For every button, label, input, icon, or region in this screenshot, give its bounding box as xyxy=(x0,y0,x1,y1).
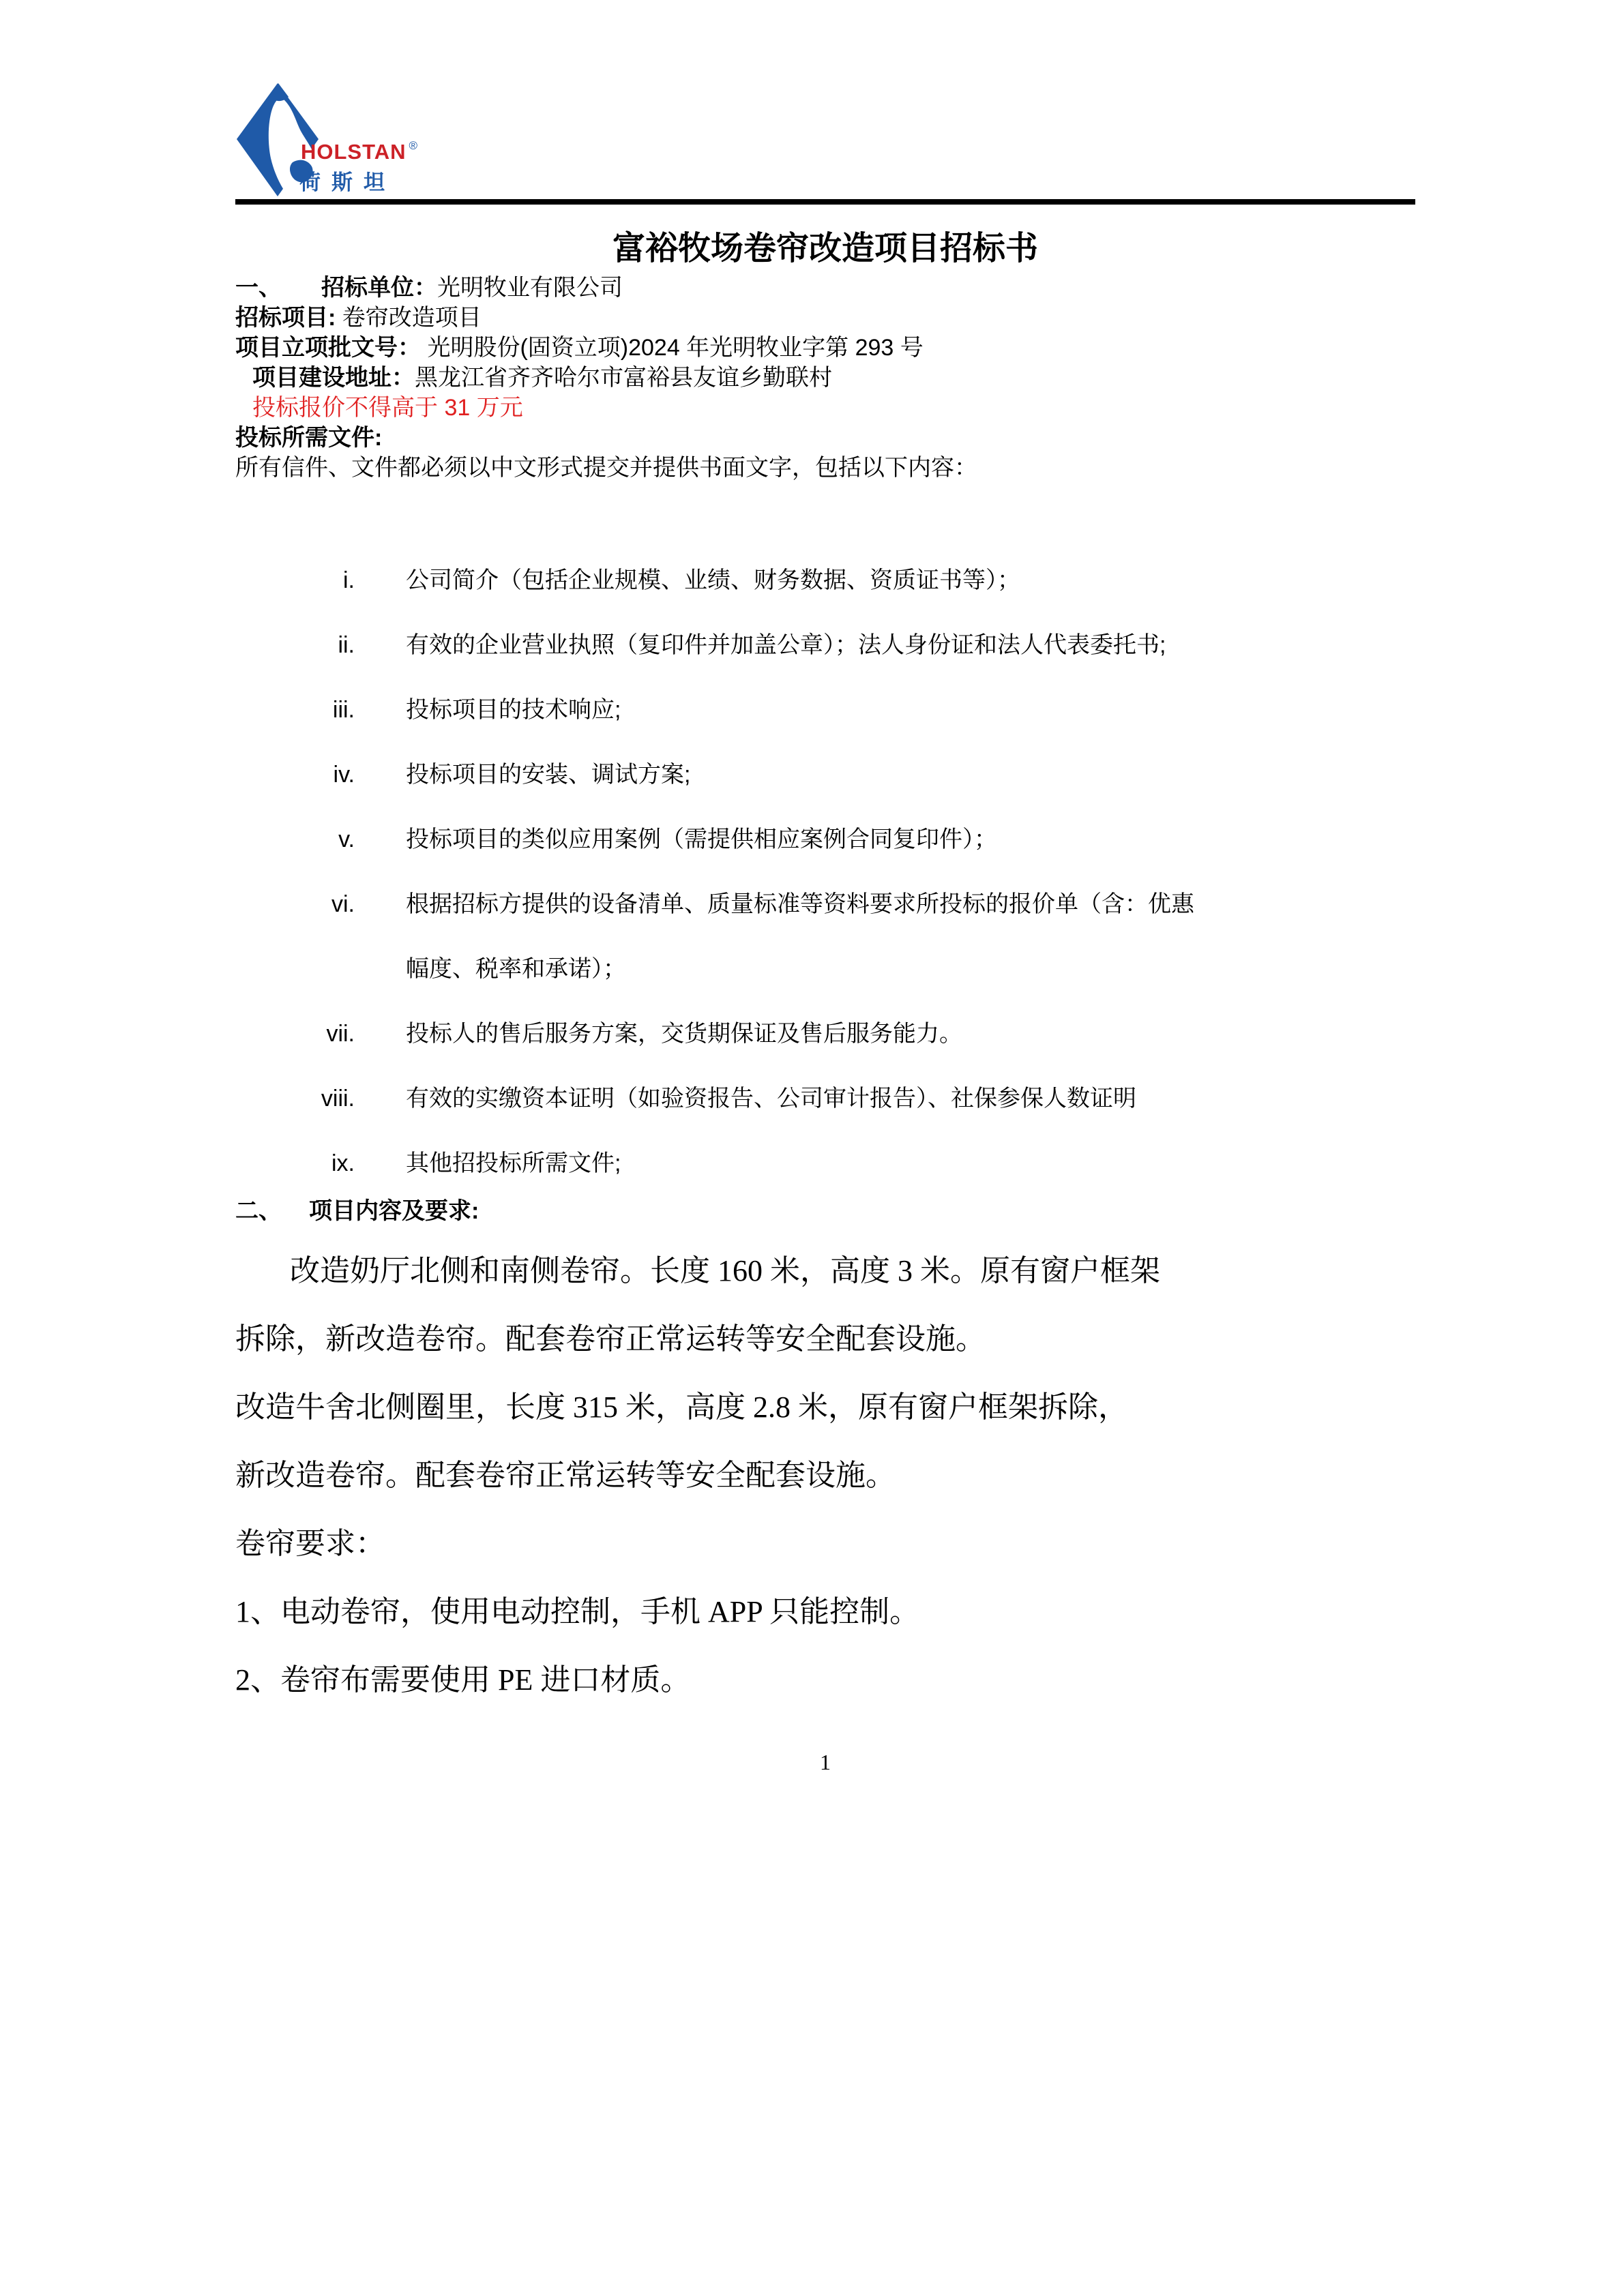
section2-heading: 二、项目内容及要求: xyxy=(235,1196,1415,1226)
section2-heading-text: 项目内容及要求: xyxy=(309,1198,479,1224)
list-item-text: 公司简介（包括企业规模、业绩、财务数据、资质证书等）； xyxy=(406,548,1020,613)
list-item-number: v. xyxy=(235,807,355,872)
list-item-line: 根据招标方提供的设备清单、质量标准等资料要求所投标的报价单（含：优惠 xyxy=(406,872,1194,937)
section2-line: 卷帘要求： xyxy=(235,1510,1415,1578)
list-item-text: 根据招标方提供的设备清单、质量标准等资料要求所投标的报价单（含：优惠 幅度、税率… xyxy=(406,872,1194,1002)
list-item-number: vii. xyxy=(235,1002,355,1067)
list-item-line: 投标人的售后服务方案，交货期保证及售后服务能力。 xyxy=(406,1002,962,1067)
tender-project-line: 招标项目: 卷帘改造项目 xyxy=(235,303,1415,333)
list-item-number: iii. xyxy=(235,678,355,743)
list-item-line: 幅度、税率和承诺）； xyxy=(406,937,1194,1002)
header-divider xyxy=(235,199,1415,205)
required-documents-label-text: 投标所需文件: xyxy=(235,425,382,451)
list-item-number: vi. xyxy=(235,872,355,1002)
construction-address-label: 项目建设地址： xyxy=(252,365,415,391)
list-item-text: 投标项目的技术响应; xyxy=(406,678,621,743)
registered-mark-icon: ® xyxy=(409,139,418,152)
tender-unit-value: 光明牧业有限公司 xyxy=(437,275,623,301)
list-item: ii. 有效的企业营业执照（复印件并加盖公章）；法人身份证和法人代表委托书; xyxy=(235,613,1415,678)
tender-project-label: 招标项目: xyxy=(235,305,336,331)
list-item-line: 投标项目的类似应用案例（需提供相应案例合同复印件）； xyxy=(406,807,997,872)
list-item: i. 公司简介（包括企业规模、业绩、财务数据、资质证书等）； xyxy=(235,548,1415,613)
approval-number-label: 项目立项批文号： xyxy=(235,335,421,361)
item-number: 一、 xyxy=(235,275,282,301)
list-item: iii. 投标项目的技术响应; xyxy=(235,678,1415,743)
list-item-text: 有效的企业营业执照（复印件并加盖公章）；法人身份证和法人代表委托书; xyxy=(406,613,1166,678)
list-item-number: ix. xyxy=(235,1131,355,1196)
list-item: v. 投标项目的类似应用案例（需提供相应案例合同复印件）； xyxy=(235,807,1415,872)
document-page: HOLSTAN® 荷斯坦 富裕牧场卷帘改造项目招标书 一、招标单位：光明牧业有限… xyxy=(0,0,1624,2296)
list-item-number: iv. xyxy=(235,743,355,807)
section2-line: 改造牛舍北侧圈里，长度 315 米，高度 2.8 米，原有窗户框架拆除， xyxy=(235,1373,1415,1442)
logo-brand-chinese: 荷斯坦 xyxy=(299,165,396,196)
price-limit-line: 投标报价不得高于 31 万元 xyxy=(235,393,1415,423)
section2-line: 2、卷帘布需要使用 PE 进口材质。 xyxy=(235,1646,1415,1714)
list-item: vii. 投标人的售后服务方案，交货期保证及售后服务能力。 xyxy=(235,1002,1415,1067)
section2-line: 改造奶厅北侧和南侧卷帘。长度 160 米，高度 3 米。原有窗户框架 xyxy=(235,1237,1415,1305)
holstan-logo: HOLSTAN® 荷斯坦 xyxy=(235,82,399,208)
list-item-number: ii. xyxy=(235,613,355,678)
tender-unit-line: 一、招标单位：光明牧业有限公司 xyxy=(235,273,1415,303)
construction-address-line: 项目建设地址：黑龙江省齐齐哈尔市富裕县友谊乡勤联村 xyxy=(235,363,1415,393)
list-item-number: viii. xyxy=(235,1067,355,1131)
section2-line: 拆除，新改造卷帘。配套卷帘正常运转等安全配套设施。 xyxy=(235,1305,1415,1373)
list-item-line: 投标项目的安装、调试方案; xyxy=(406,743,690,807)
list-item-text: 投标项目的安装、调试方案; xyxy=(406,743,690,807)
list-item: ix. 其他招投标所需文件; xyxy=(235,1131,1415,1196)
list-item-number: i. xyxy=(235,548,355,613)
logo-brand-row: HOLSTAN® xyxy=(301,139,417,164)
list-item-line: 其他招投标所需文件; xyxy=(406,1131,621,1196)
section2-number: 二、 xyxy=(235,1198,282,1224)
list-item: vi. 根据招标方提供的设备清单、质量标准等资料要求所投标的报价单（含：优惠 幅… xyxy=(235,872,1415,1002)
list-item: iv. 投标项目的安装、调试方案; xyxy=(235,743,1415,807)
tender-project-value: 卷帘改造项目 xyxy=(336,305,481,331)
list-item-text: 投标项目的类似应用案例（需提供相应案例合同复印件）； xyxy=(406,807,997,872)
list-item-text: 其他招投标所需文件; xyxy=(406,1131,621,1196)
page-number: 1 xyxy=(235,1748,1415,1776)
list-item-line: 投标项目的技术响应; xyxy=(406,678,621,743)
construction-address-value: 黑龙江省齐齐哈尔市富裕县友谊乡勤联村 xyxy=(415,365,832,391)
tender-unit-label: 招标单位： xyxy=(321,275,437,301)
list-item: viii. 有效的实缴资本证明（如验资报告、公司审计报告）、社保参保人数证明 xyxy=(235,1067,1415,1131)
section2-line: 1、电动卷帘，使用电动控制，手机 APP 只能控制。 xyxy=(235,1578,1415,1646)
required-documents-label: 投标所需文件: xyxy=(235,423,1415,453)
section2-line: 新改造卷帘。配套卷帘正常运转等安全配套设施。 xyxy=(235,1442,1415,1510)
documents-intro-line: 所有信件、文件都必须以中文形式提交并提供书面文字，包括以下内容： xyxy=(235,453,1415,483)
list-item-text: 投标人的售后服务方案，交货期保证及售后服务能力。 xyxy=(406,1002,962,1067)
page-title: 富裕牧场卷帘改造项目招标书 xyxy=(235,225,1415,273)
approval-number-line: 项目立项批文号： 光明股份(固资立项)2024 年光明牧业字第 293 号 xyxy=(235,333,1415,363)
approval-number-value: 光明股份(固资立项)2024 年光明牧业字第 293 号 xyxy=(421,335,924,361)
list-item-line: 有效的企业营业执照（复印件并加盖公章）；法人身份证和法人代表委托书; xyxy=(406,613,1166,678)
list-item-line: 有效的实缴资本证明（如验资报告、公司审计报告）、社保参保人数证明 xyxy=(406,1067,1136,1131)
document-body: 富裕牧场卷帘改造项目招标书 一、招标单位：光明牧业有限公司 招标项目: 卷帘改造… xyxy=(235,220,1415,1776)
list-item-text: 有效的实缴资本证明（如验资报告、公司审计报告）、社保参保人数证明 xyxy=(406,1067,1136,1131)
section2-body: 改造奶厅北侧和南侧卷帘。长度 160 米，高度 3 米。原有窗户框架 拆除，新改… xyxy=(235,1237,1415,1714)
list-item-line: 公司简介（包括企业规模、业绩、财务数据、资质证书等）； xyxy=(406,548,1020,613)
logo-brand-text: HOLSTAN xyxy=(301,140,407,164)
requirements-list: i. 公司简介（包括企业规模、业绩、财务数据、资质证书等）； ii. 有效的企业… xyxy=(235,548,1415,1196)
